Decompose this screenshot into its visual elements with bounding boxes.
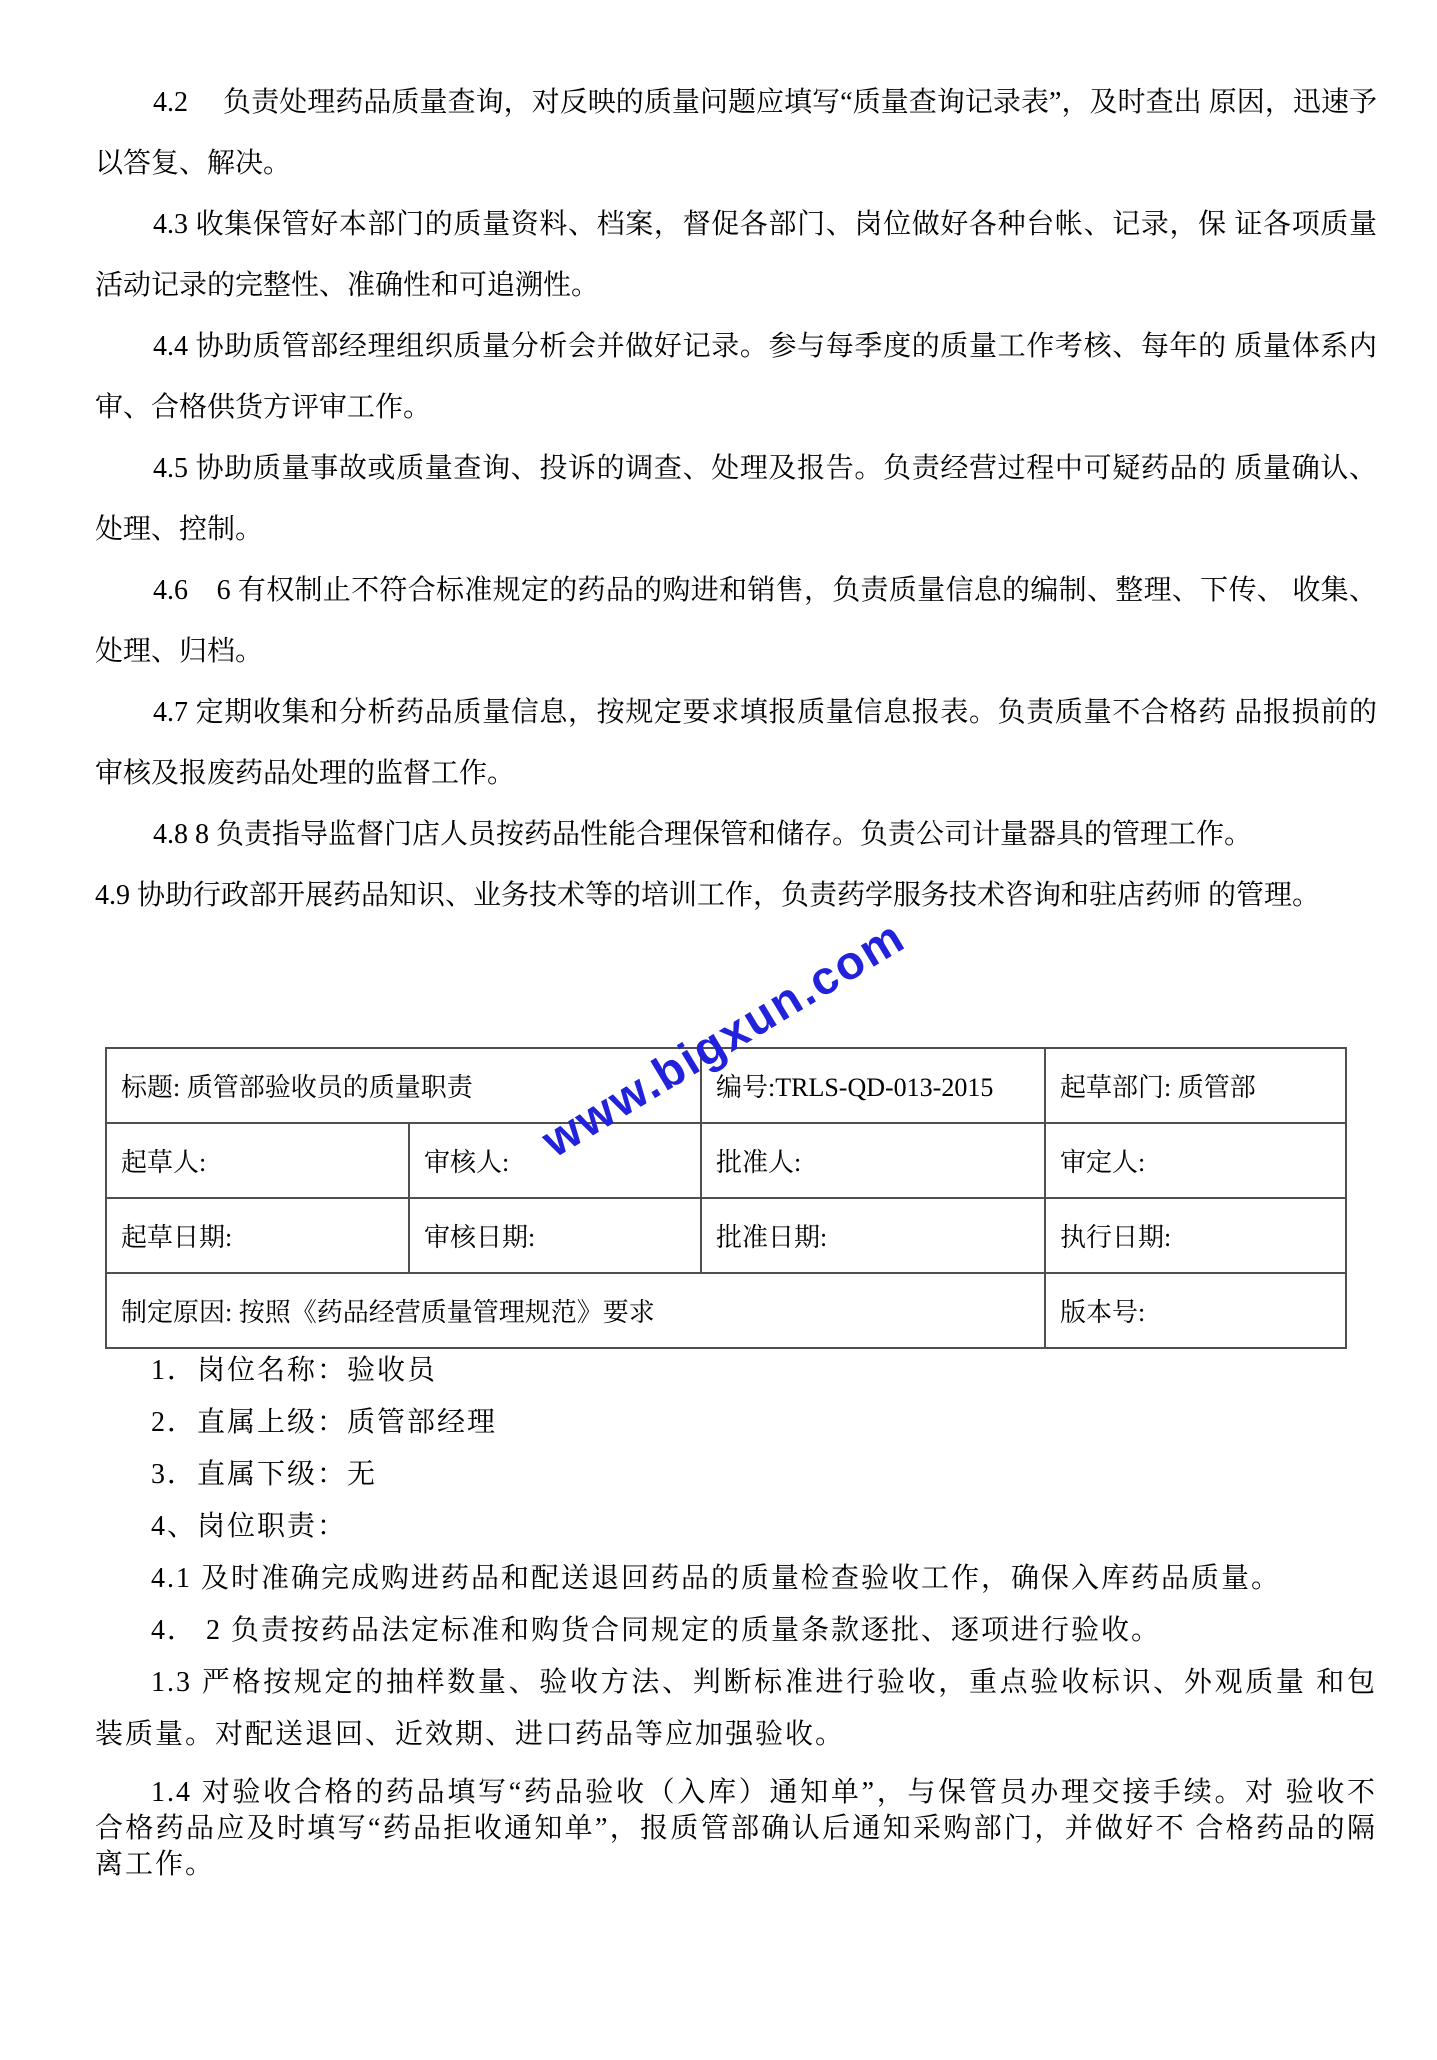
paragraph-4-4: 4.4 协助质管部经理组织质量分析会并做好记录。参与每季度的质量工作考核、每年的… bbox=[95, 316, 1377, 438]
line-post-name: 1．岗位名称：验收员 bbox=[95, 1345, 1377, 1397]
paragraph-4-7: 4.7 定期收集和分析药品质量信息，按规定要求填报质量信息报表。负责质量不合格药… bbox=[95, 682, 1377, 804]
cell-draft-date: 起草日期: bbox=[106, 1198, 409, 1273]
document-info-table: 标题: 质管部验收员的质量职责 编号:TRLS-QD-013-2015 起草部门… bbox=[105, 1047, 1347, 1349]
cell-approver: 批准人: bbox=[701, 1123, 1045, 1198]
bottom-duties-section: 1．岗位名称：验收员 2．直属上级：质管部经理 3．直属下级：无 4、岗位职责：… bbox=[95, 1345, 1377, 1883]
table-row-reason: 制定原因: 按照《药品经营质量管理规范》要求 版本号: bbox=[106, 1273, 1346, 1348]
line-duties-heading: 4、岗位职责： bbox=[95, 1501, 1377, 1553]
paragraph-4-6: 4.6 6 有权制止不符合标准规定的药品的购进和销售，负责质量信息的编制、整理、… bbox=[95, 560, 1377, 682]
table-row-people: 起草人: 审核人: 批准人: 审定人: bbox=[106, 1123, 1346, 1198]
paragraph-4-3: 4.3 收集保管好本部门的质量资料、档案，督促各部门、岗位做好各种台帐、记录，保… bbox=[95, 194, 1377, 316]
document-page: 4.2 负责处理药品质量查询，对反映的质量问题应填写“质量查询记录表”，及时查出… bbox=[0, 0, 1437, 2060]
paragraph-4-2: 4.2 负责处理药品质量查询，对反映的质量问题应填写“质量查询记录表”，及时查出… bbox=[95, 72, 1377, 194]
paragraph-b-4-2: 4． 2 负责按药品法定标准和购货合同规定的质量条款逐批、逐项进行验收。 bbox=[95, 1605, 1377, 1657]
line-direct-subordinate: 3．直属下级：无 bbox=[95, 1449, 1377, 1501]
cell-execute-date: 执行日期: bbox=[1045, 1198, 1346, 1273]
cell-verifier: 审定人: bbox=[1045, 1123, 1346, 1198]
paragraph-4-8: 4.8 8 负责指导监督门店人员按药品性能合理保管和储存。负责公司计量器具的管理… bbox=[95, 804, 1377, 865]
paragraph-b-1-3: 1.3 严格按规定的抽样数量、验收方法、判断标准进行验收，重点验收标识、外观质量… bbox=[95, 1657, 1377, 1761]
cell-document-code: 编号:TRLS-QD-013-2015 bbox=[701, 1048, 1045, 1123]
paragraph-b-4-1: 4.1 及时准确完成购进药品和配送退回药品的质量检查验收工作，确保入库药品质量。 bbox=[95, 1553, 1377, 1605]
cell-approve-date: 批准日期: bbox=[701, 1198, 1045, 1273]
paragraph-b-1-4: 1.4 对验收合格的药品填写“药品验收（入库）通知单”，与保管员办理交接手续。对… bbox=[95, 1775, 1377, 1883]
cell-version: 版本号: bbox=[1045, 1273, 1346, 1348]
paragraph-4-9: 4.9 协助行政部开展药品知识、业务技术等的培训工作，负责药学服务技术咨询和驻店… bbox=[95, 865, 1377, 926]
line-direct-superior: 2．直属上级：质管部经理 bbox=[95, 1397, 1377, 1449]
paragraph-4-5: 4.5 协助质量事故或质量查询、投诉的调查、处理及报告。负责经营过程中可疑药品的… bbox=[95, 438, 1377, 560]
cell-drafting-department: 起草部门: 质管部 bbox=[1045, 1048, 1346, 1123]
cell-review-date: 审核日期: bbox=[409, 1198, 701, 1273]
cell-reason: 制定原因: 按照《药品经营质量管理规范》要求 bbox=[106, 1273, 1045, 1348]
table-row-dates: 起草日期: 审核日期: 批准日期: 执行日期: bbox=[106, 1198, 1346, 1273]
top-duties-section: 4.2 负责处理药品质量查询，对反映的质量问题应填写“质量查询记录表”，及时查出… bbox=[95, 72, 1377, 926]
cell-drafter: 起草人: bbox=[106, 1123, 409, 1198]
